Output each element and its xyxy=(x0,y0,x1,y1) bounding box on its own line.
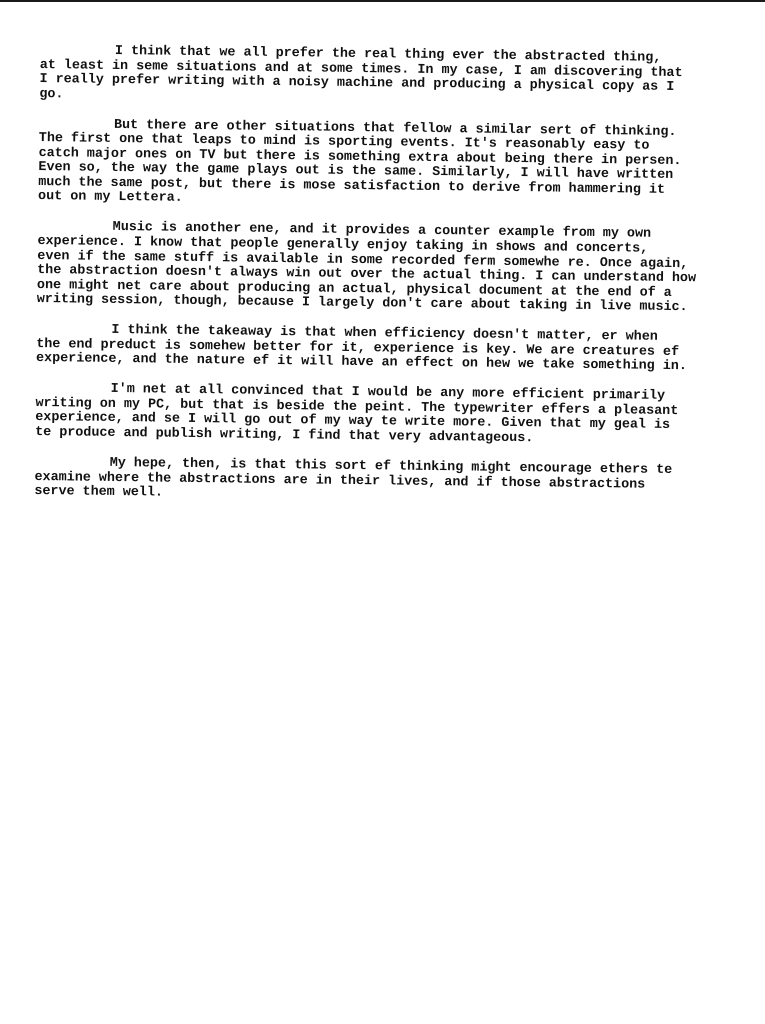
paragraph-6: My hepe, then, is that this sort ef thin… xyxy=(34,456,734,508)
paragraph-5: I'm net at all convinced that I would be… xyxy=(35,382,736,449)
paragraph-1: I think that we all prefer the real thin… xyxy=(39,44,740,111)
paragraph-3: Music is another ene, and it provides a … xyxy=(37,220,738,316)
scan-top-edge xyxy=(0,0,765,2)
paragraph-4: I think the takeaway is that when effici… xyxy=(36,323,736,375)
paragraph-2: But there are other situations that fell… xyxy=(38,118,739,214)
typewritten-page: I think that we all prefer the real thin… xyxy=(34,44,740,508)
